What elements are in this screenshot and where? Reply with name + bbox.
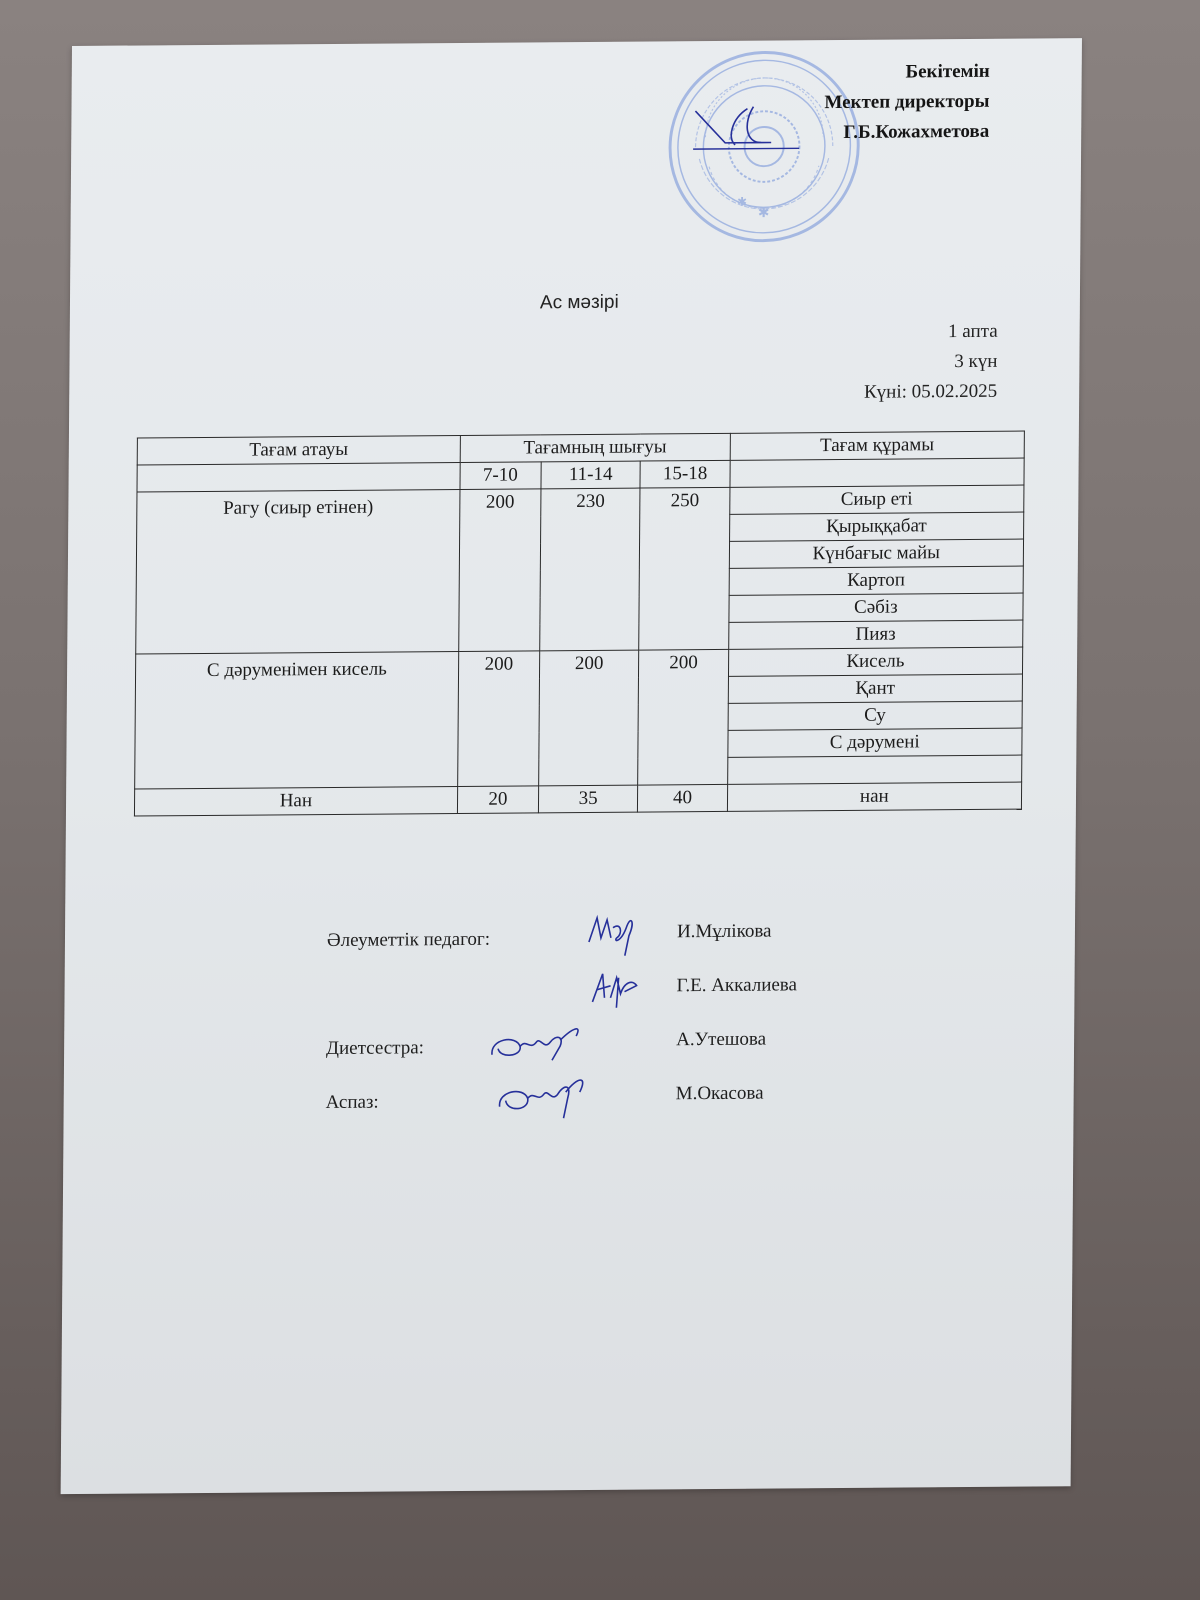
- handwritten-signature-icon: [494, 1070, 594, 1121]
- ingredient: Пияз: [728, 620, 1023, 649]
- svg-text:✱: ✱: [737, 196, 747, 209]
- signature-row: Диетсестра: А.Утешова: [326, 1027, 926, 1086]
- signatures-block: Әлеуметтік педагог: И.Мұлікова Г.Е. Акка…: [325, 919, 927, 1140]
- ingredient: Қырыққабат: [729, 512, 1024, 541]
- dish-name: Рагу (сиыр етінен): [136, 489, 460, 654]
- ingredient: нан: [727, 782, 1022, 811]
- menu-document-page: ✱ ✱ Бекітемін Мектеп директоры Г.Б.Кожах…: [61, 38, 1082, 1494]
- approval-position: Мектеп директоры: [824, 87, 989, 118]
- ingredient: Қант: [728, 674, 1023, 703]
- ingredient: Кисель: [728, 647, 1023, 676]
- ingredient: Сәбіз: [729, 593, 1024, 622]
- signer-name: А.Утешова: [676, 1029, 766, 1052]
- day-label: 3 күн: [864, 347, 997, 378]
- header-dish-name: Тағам атауы: [137, 435, 460, 465]
- signer-name: И.Мұлікова: [677, 921, 772, 944]
- approval-director-name: Г.Б.Кожахметова: [824, 117, 989, 148]
- signature-row: Аспаз: М.Окасова: [325, 1081, 925, 1140]
- approval-heading: Бекітемін: [825, 57, 990, 88]
- ingredient: Картоп: [729, 566, 1024, 595]
- signer-role: Әлеуметтік педагог:: [327, 929, 490, 952]
- ingredient: [727, 755, 1022, 784]
- signer-name: Г.Е. Аккалиева: [676, 974, 797, 997]
- header-portion-output: Тағамның шығуы: [460, 433, 730, 462]
- document-title: Ас мәзірі: [540, 292, 619, 315]
- ingredient: С дәрумені: [728, 728, 1023, 757]
- portion-value: 40: [638, 784, 728, 812]
- approval-block: Бекітемін Мектеп директоры Г.Б.Кожахмето…: [824, 57, 990, 148]
- date-label: Күні: 05.02.2025: [864, 377, 997, 408]
- age-group-header: 15-18: [640, 460, 730, 488]
- portion-value: 250: [639, 487, 730, 650]
- age-group-header: 11-14: [541, 461, 641, 489]
- director-signature-icon: [691, 102, 801, 153]
- handwritten-signature-icon: [583, 908, 647, 959]
- signature-row: Г.Е. Аккалиева: [326, 973, 926, 1032]
- handwritten-signature-icon: [486, 1016, 586, 1067]
- dish-name: С дәруменімен кисель: [135, 651, 459, 789]
- ingredient: Су: [728, 701, 1023, 730]
- empty-cell: [730, 458, 1025, 487]
- portion-value: 200: [458, 489, 540, 652]
- week-label: 1 апта: [864, 317, 997, 348]
- portion-value: 200: [457, 651, 539, 787]
- age-group-header: 7-10: [460, 462, 541, 490]
- portion-value: 200: [638, 649, 728, 785]
- empty-cell: [137, 462, 460, 492]
- dish-name: Нан: [134, 786, 457, 816]
- signer-name: М.Окасова: [676, 1083, 764, 1106]
- handwritten-signature-icon: [588, 961, 652, 1012]
- ingredient: Күнбағыс майы: [729, 539, 1024, 568]
- portion-value: 20: [457, 786, 538, 814]
- table-row: Нан 20 35 40 нан: [134, 782, 1021, 816]
- svg-text:✱: ✱: [758, 205, 770, 220]
- portion-value: 200: [539, 650, 640, 786]
- menu-meta: 1 апта 3 күн Күні: 05.02.2025: [864, 317, 998, 408]
- header-composition: Тағам құрамы: [730, 431, 1025, 460]
- portion-value: 35: [538, 785, 638, 813]
- signer-role: Диетсестра:: [326, 1037, 424, 1060]
- signer-role: Аспаз:: [326, 1092, 379, 1114]
- menu-table: Тағам атауы Тағамның шығуы Тағам құрамы …: [134, 431, 1025, 817]
- ingredient: Сиыр еті: [729, 485, 1024, 514]
- portion-value: 230: [540, 488, 641, 651]
